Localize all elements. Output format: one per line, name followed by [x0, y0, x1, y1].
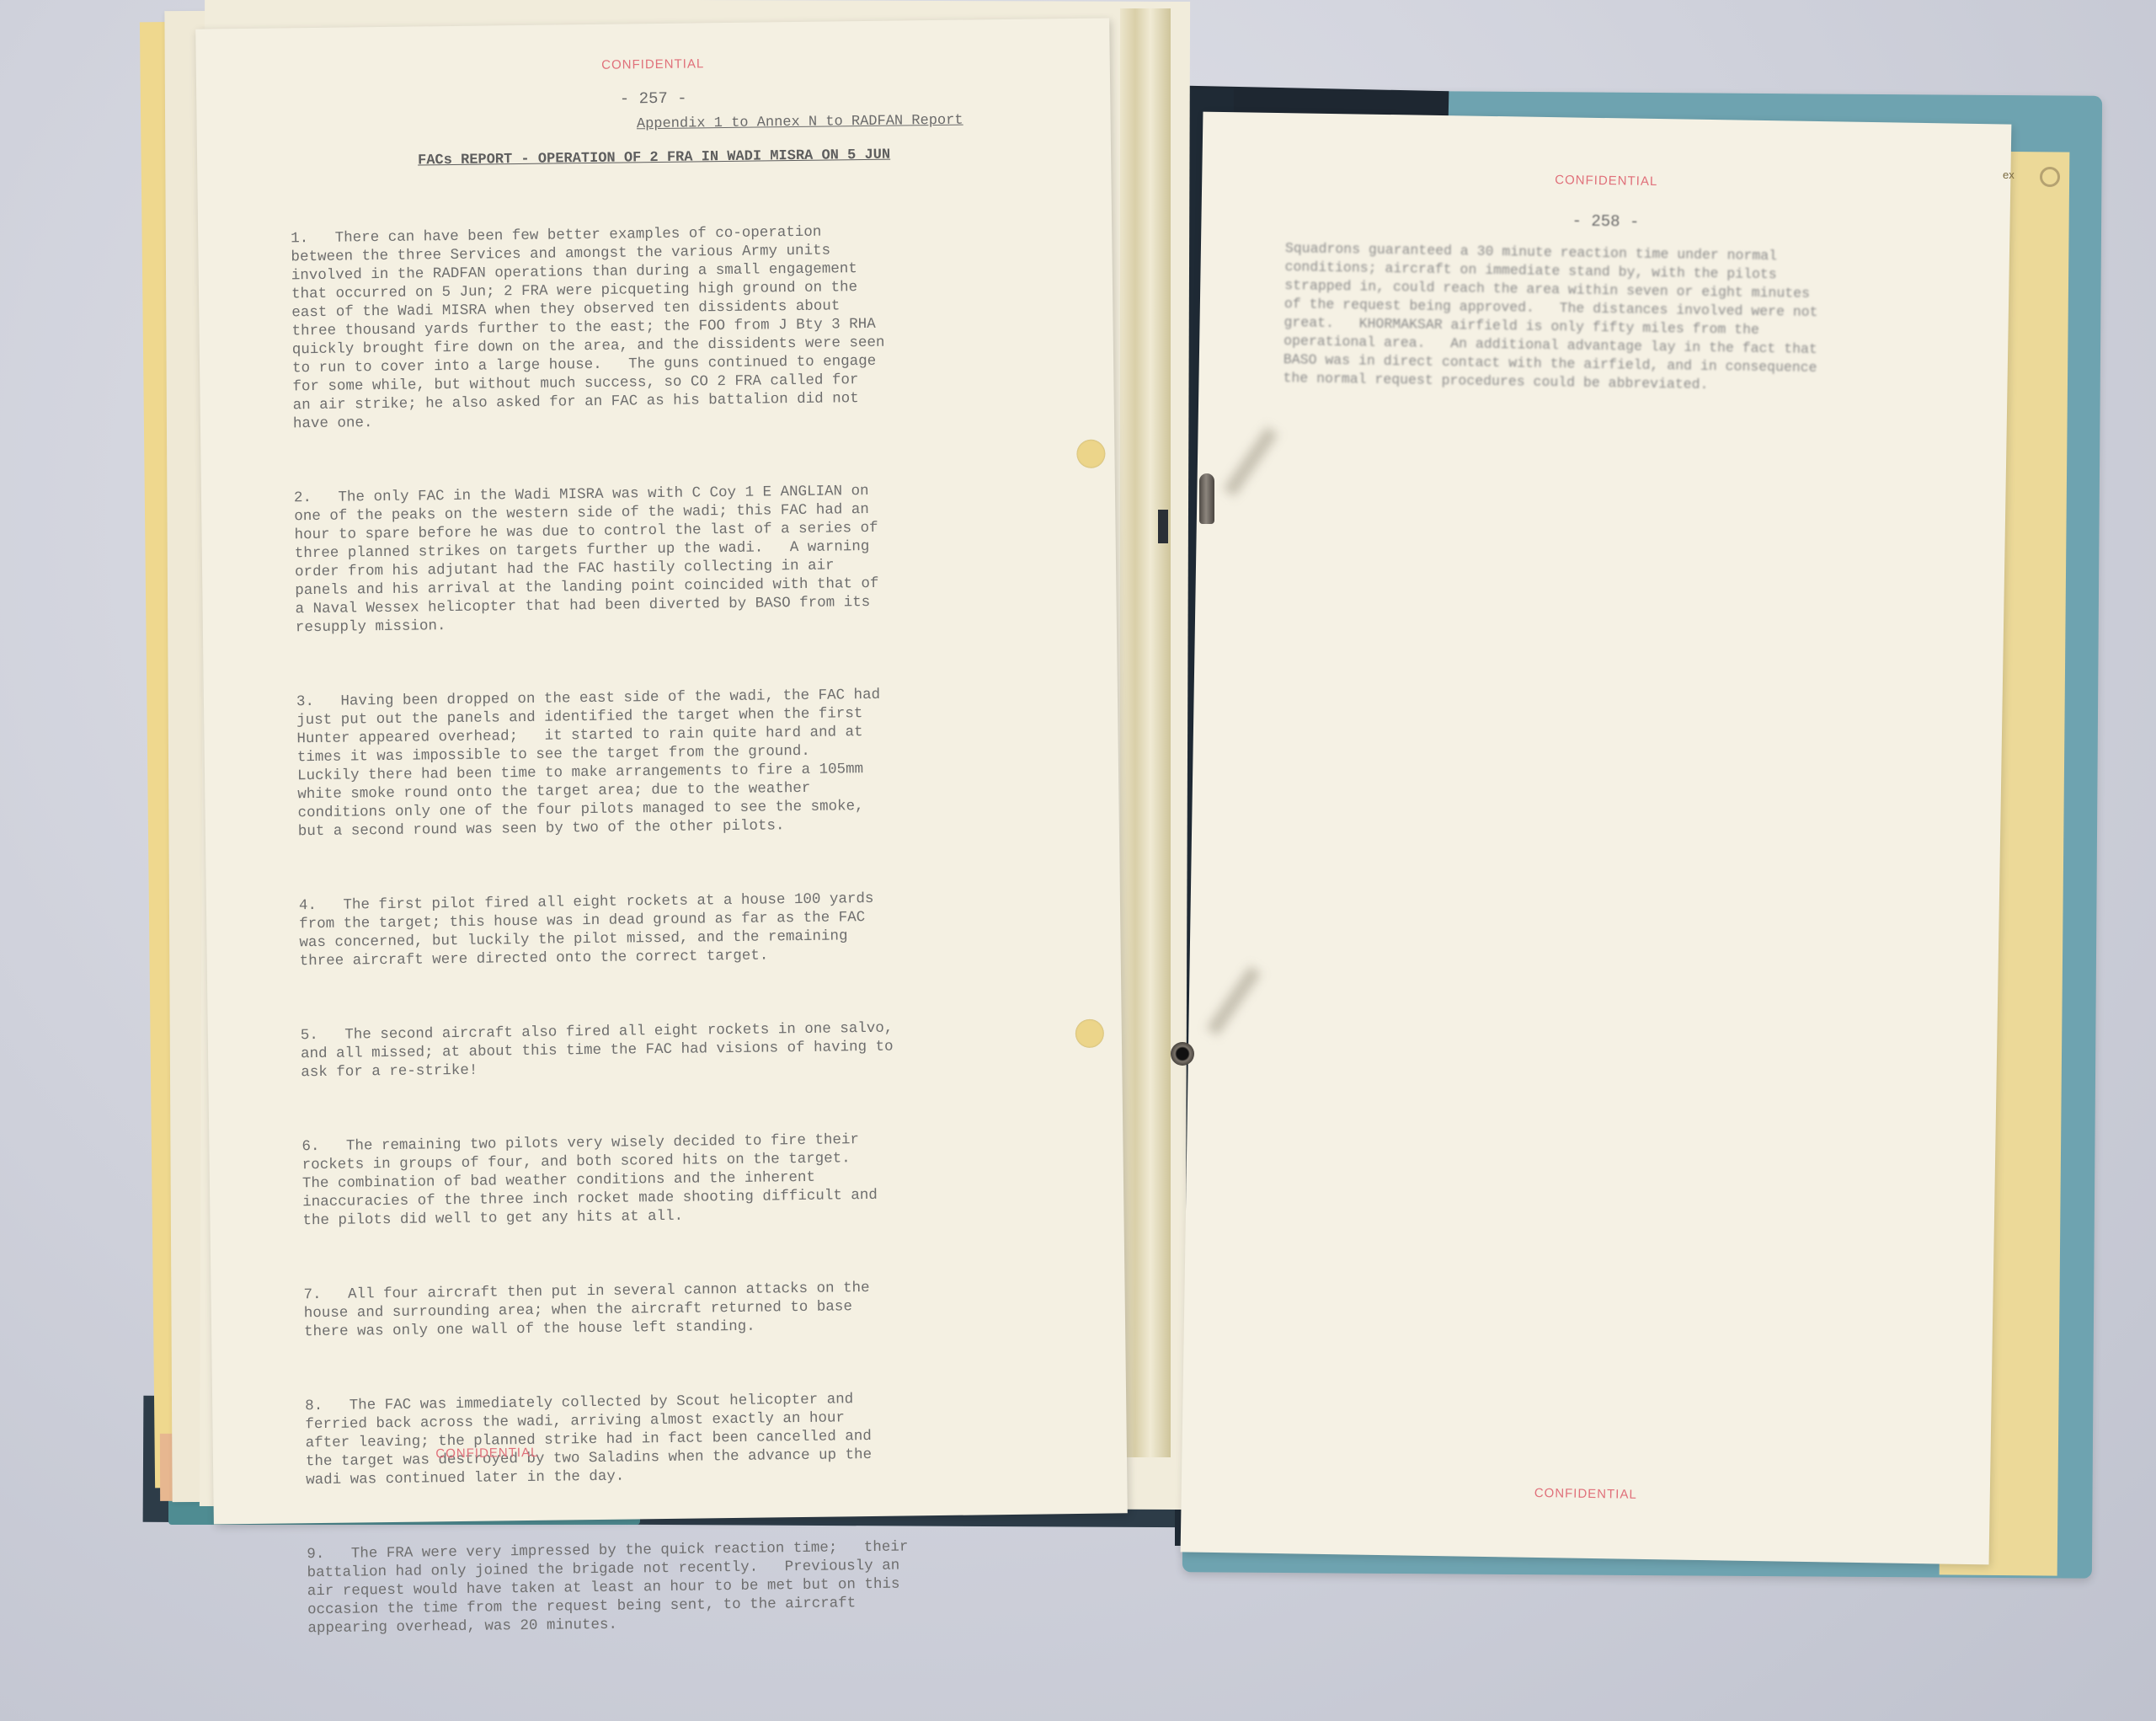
binder-clip-top: [1158, 510, 1168, 543]
right-page-number: - 258 -: [1201, 206, 2009, 238]
paragraph-1: 1. There can have been few better exampl…: [291, 222, 894, 434]
left-page-number: - 257 -: [196, 83, 1110, 113]
right-page[interactable]: CONFIDENTIAL - 258 - Squadrons guarantee…: [1181, 112, 2012, 1565]
right-classification-top: CONFIDENTIAL: [1202, 168, 2010, 195]
binder-post-bottom-icon[interactable]: [1171, 1042, 1194, 1066]
paragraph-6: 6. The remaining two pilots very wisely …: [302, 1130, 904, 1231]
appendix-reference: Appendix 1 to Annex N to RADFAN Report: [637, 113, 963, 133]
left-classification-top: CONFIDENTIAL: [196, 51, 1110, 77]
right-body-text: Squadrons guaranteed a 30 minute reactio…: [1283, 239, 1818, 396]
paragraph-7: 7. All four aircraft then put in several…: [303, 1279, 905, 1342]
right-classification-bottom: CONFIDENTIAL: [1182, 1480, 1990, 1507]
paragraph-2: 2. The only FAC in the Wadi MISRA was wi…: [294, 482, 897, 638]
paragraph-4: 4. The first pilot fired all eight rocke…: [299, 890, 901, 971]
paragraph-8: 8. The FAC was immediately collected by …: [305, 1390, 907, 1490]
punch-hole-bottom-icon: [1075, 1019, 1104, 1048]
paragraph-3: 3. Having been dropped on the east side …: [296, 686, 899, 842]
paragraph-9: 9. The FRA were very impressed by the qu…: [307, 1537, 909, 1638]
report-heading: FACs REPORT - OPERATION OF 2 FRA IN WADI…: [197, 144, 1111, 171]
report-body: 1. There can have been few better exampl…: [291, 185, 910, 1694]
paragraph-5: 5. The second aircraft also fired all ei…: [301, 1019, 903, 1082]
binder-post-top-icon[interactable]: [1199, 473, 1214, 524]
corner-eyelet-icon: [2040, 167, 2060, 187]
punch-hole-top-icon: [1076, 440, 1105, 468]
gutter-page-edges: [1120, 8, 1171, 1457]
corner-tab-label: ex: [2003, 168, 2015, 181]
left-page[interactable]: CONFIDENTIAL - 257 - Appendix 1 to Annex…: [195, 18, 1128, 1524]
